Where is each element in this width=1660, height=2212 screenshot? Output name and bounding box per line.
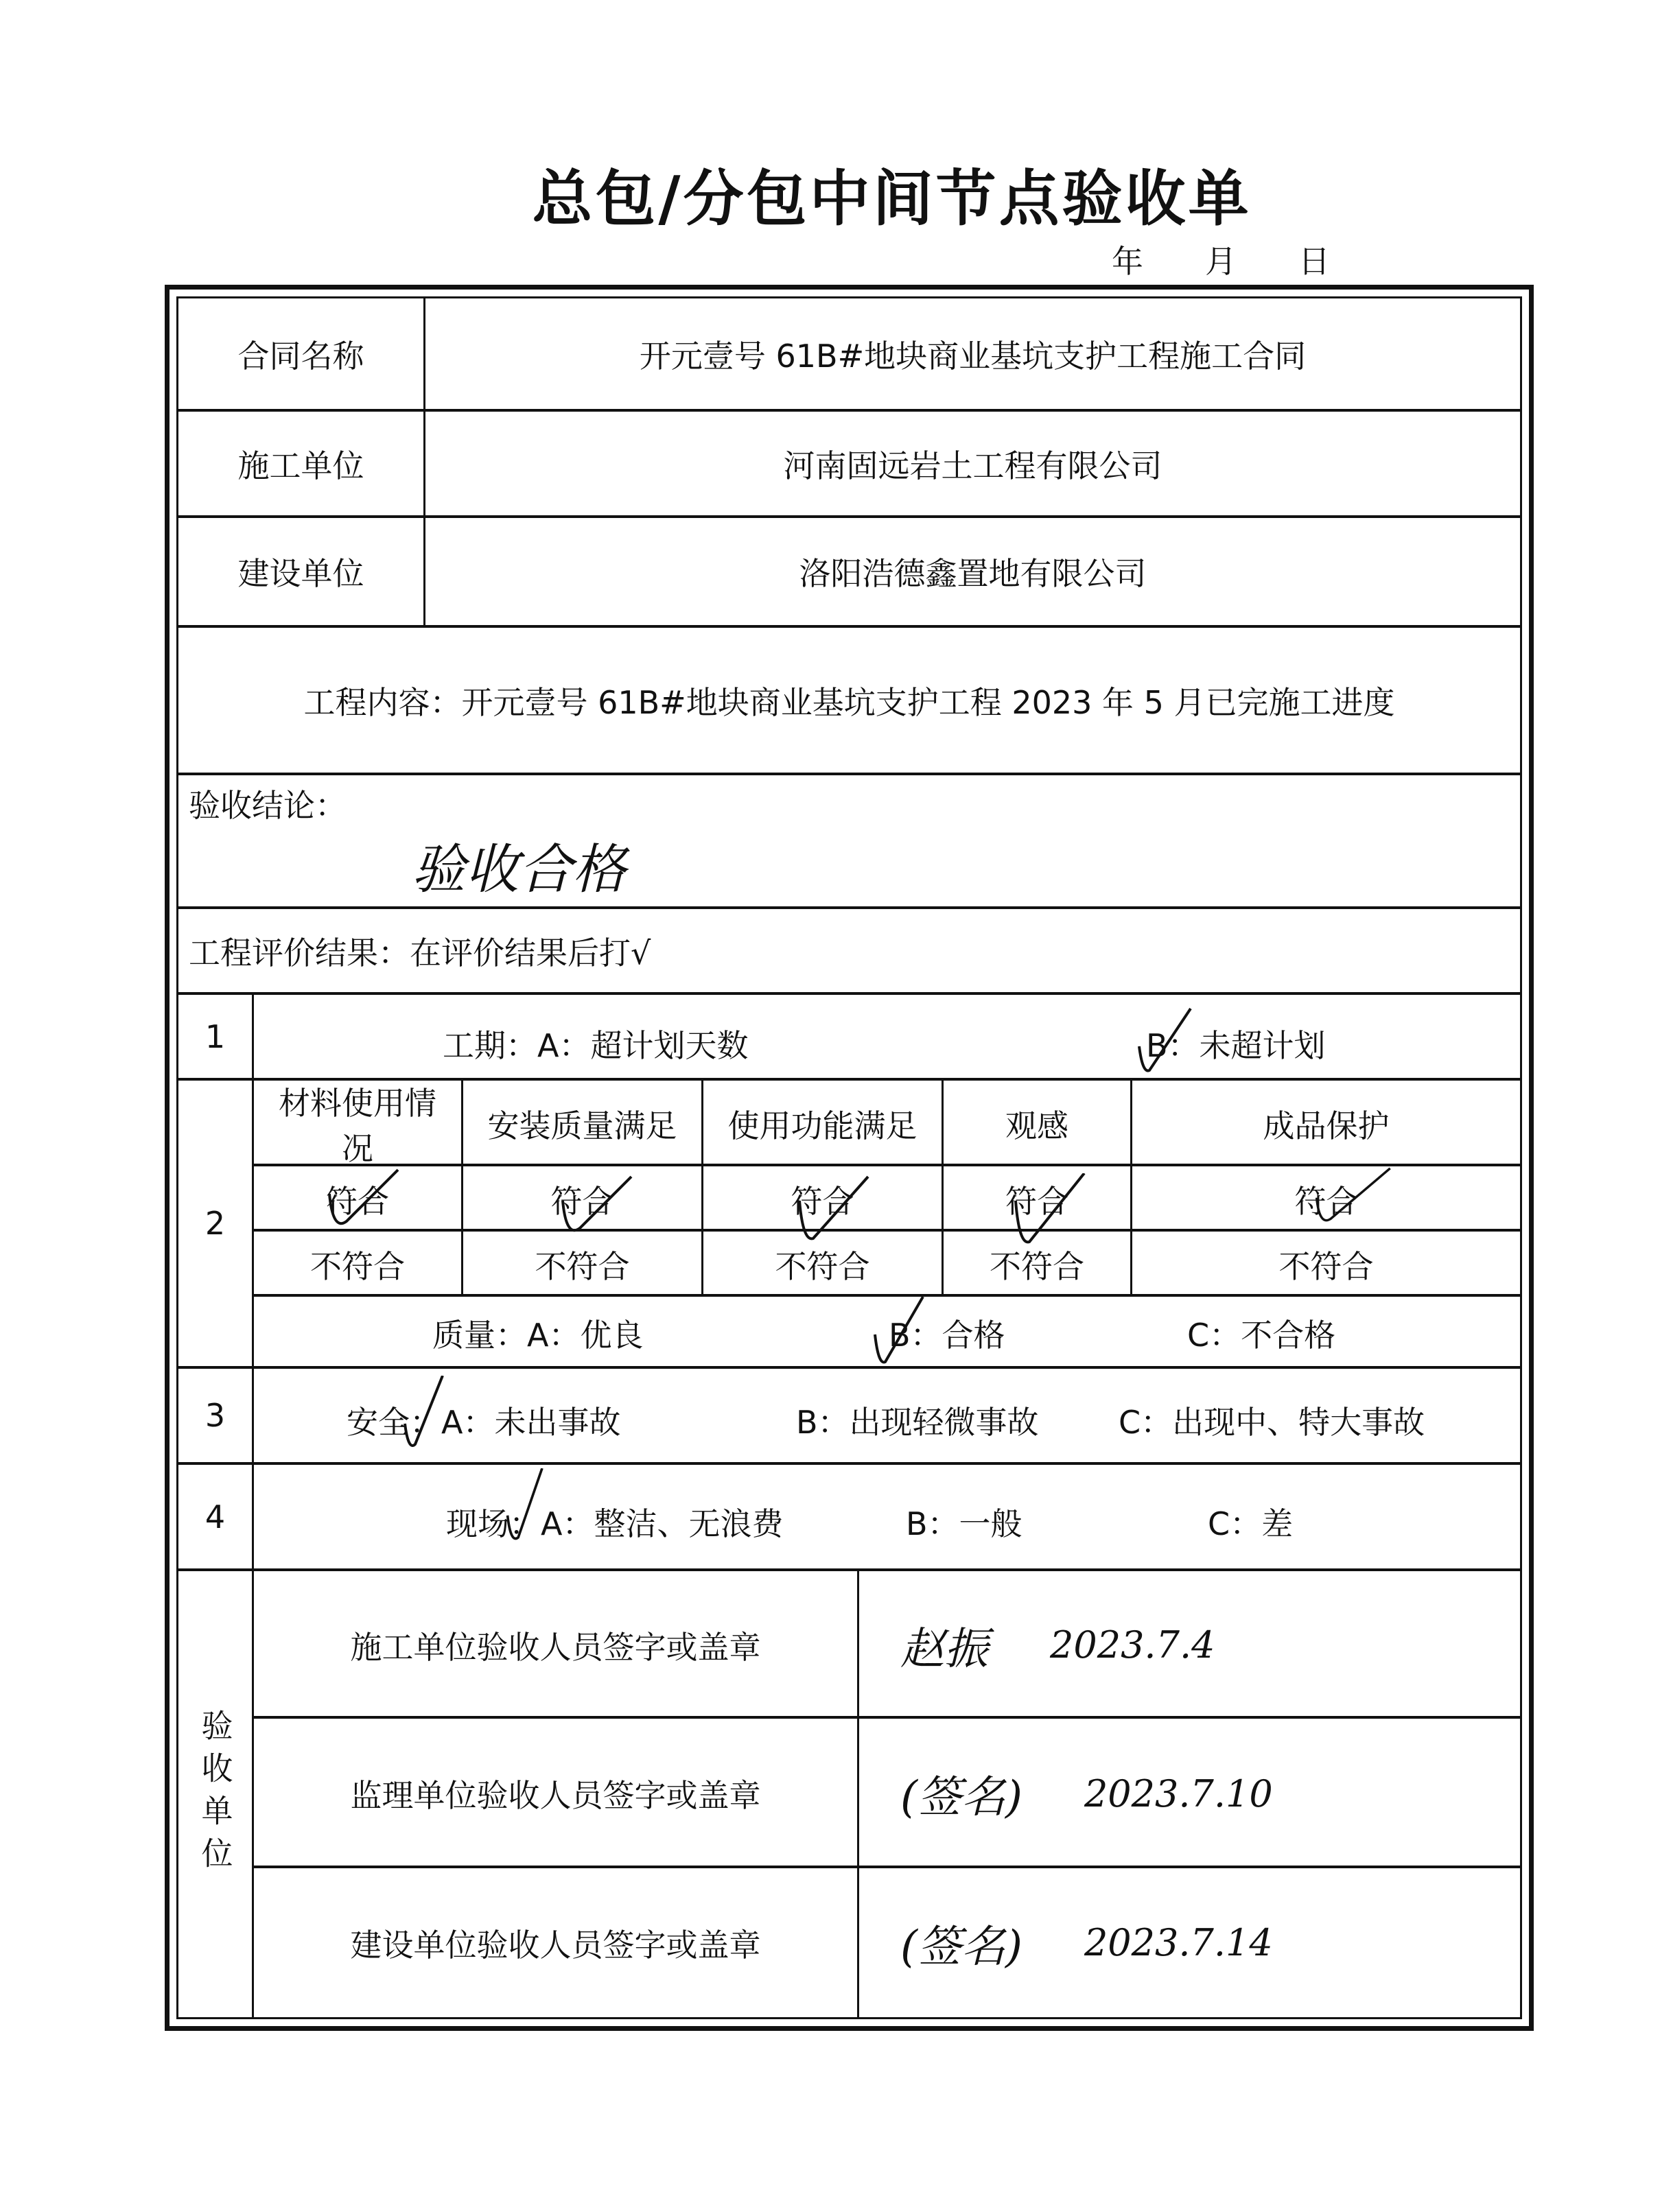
contractor-sign-date: 2023.7.4	[1050, 1623, 1215, 1667]
checkmark-icon	[401, 1376, 484, 1451]
owner-label: 建设单位	[178, 518, 425, 625]
criteria-appearance: 观感	[944, 1081, 1132, 1166]
signoff-group-text: 验收单位	[193, 1709, 238, 1879]
evaluation-header-row: 工程评价结果：在评价结果后打√	[178, 909, 1520, 995]
checkmark-icon	[501, 1468, 583, 1544]
item-number-1: 1	[178, 995, 254, 1078]
owner-signature: (签名)	[900, 1911, 1022, 1975]
evaluation-header: 工程评价结果：在评价结果后打√	[189, 909, 651, 992]
item-row-1: 1 工期：A：超计划天数 B：未超计划	[178, 995, 1520, 1081]
owner-sign-date: 2023.7.14	[1084, 1921, 1273, 1964]
conclusion-handwritten: 验收合格	[412, 827, 626, 904]
item-number-3: 3	[178, 1369, 254, 1462]
contractor-signature: 赵振	[900, 1614, 988, 1677]
contract-name-row: 合同名称 开元壹号 61B#地块商业基坑支护工程施工合同	[178, 298, 1520, 412]
form-frame: 合同名称 开元壹号 61B#地块商业基坑支护工程施工合同 施工单位 河南固远岩土…	[165, 285, 1534, 2031]
site-option-a: 现场：A：整洁、无浪费	[446, 1499, 783, 1544]
quality-option-c: C：不合格	[1187, 1310, 1335, 1356]
safety-option-c: C：出现中、特大事故	[1119, 1398, 1425, 1443]
contractor-sign-field[interactable]: 赵振 2023.7.4	[859, 1571, 1520, 1719]
checkmark-icon	[872, 1293, 954, 1369]
item-number-4: 4	[178, 1465, 254, 1568]
contractor-label: 施工单位	[178, 412, 425, 515]
protection-fail: 不符合	[1132, 1232, 1520, 1297]
criteria-function: 使用功能满足	[703, 1081, 944, 1166]
signoff-group-label: 验收单位	[178, 1571, 254, 2017]
day-label: 日	[1298, 237, 1330, 282]
quality-option-a: 质量：A：优良	[432, 1310, 643, 1356]
criteria-install-quality: 安装质量满足	[463, 1081, 703, 1166]
form-table: 合同名称 开元壹号 61B#地块商业基坑支护工程施工合同 施工单位 河南固远岩土…	[176, 296, 1522, 2019]
conclusion-label: 验收结论：	[189, 781, 347, 826]
checkmark-icon	[1311, 1163, 1393, 1238]
contractor-sign-label: 施工单位验收人员签字或盖章	[254, 1571, 859, 1719]
criteria-materials: 材料使用情况	[254, 1081, 463, 1166]
date-line: 年 月 日	[1112, 237, 1330, 282]
item-row-2: 2 材料使用情况 安装质量满足 使用功能满足 观感 成品保护 符合 符合 符合 …	[178, 1081, 1520, 1369]
supervisor-sign-date: 2023.7.10	[1084, 1772, 1273, 1815]
owner-sign-label: 建设单位验收人员签字或盖章	[254, 1868, 859, 2017]
checkmark-icon	[1136, 1005, 1218, 1081]
conclusion-row: 验收结论： 验收合格	[178, 775, 1520, 909]
safety-option-b: B：出现轻微事故	[796, 1398, 1039, 1443]
supervisor-sign-label: 监理单位验收人员签字或盖章	[254, 1719, 859, 1868]
contract-name-value: 开元壹号 61B#地块商业基坑支护工程施工合同	[425, 298, 1520, 409]
item-row-4: 4 现场：A：整洁、无浪费 B：一般 C：差	[178, 1465, 1520, 1571]
checkmark-icon	[793, 1173, 875, 1249]
signoff-section: 验收单位 施工单位验收人员签字或盖章 赵振 2023.7.4 监理单位验收人员签…	[178, 1571, 1520, 2017]
criteria-protection: 成品保护	[1132, 1081, 1520, 1166]
owner-sign-field[interactable]: (签名) 2023.7.14	[859, 1868, 1520, 2017]
year-label: 年	[1112, 237, 1143, 282]
owner-row: 建设单位 洛阳浩德鑫置地有限公司	[178, 518, 1520, 628]
contract-name-label: 合同名称	[178, 298, 425, 409]
checkmark-icon	[323, 1166, 405, 1242]
contractor-value: 河南固远岩土工程有限公司	[425, 412, 1520, 515]
site-option-c: C：差	[1208, 1499, 1293, 1544]
schedule-option-a: 工期：A：超计划天数	[443, 1021, 748, 1066]
supervisor-signature: (签名)	[900, 1762, 1022, 1825]
project-content: 工程内容：开元壹号 61B#地块商业基坑支护工程 2023 年 5 月已完施工进…	[178, 628, 1520, 773]
checkmark-icon	[1009, 1173, 1091, 1249]
item-row-3: 3 安全：A：未出事故 B：出现轻微事故 C：出现中、特大事故	[178, 1369, 1520, 1465]
criteria-grid: 材料使用情况 安装质量满足 使用功能满足 观感 成品保护 符合 符合 符合 符合…	[254, 1081, 1520, 1297]
checkmark-icon	[556, 1173, 638, 1249]
month-label: 月	[1205, 237, 1237, 282]
item-number-2: 2	[178, 1081, 254, 1366]
site-option-b: B：一般	[906, 1499, 1022, 1544]
owner-value: 洛阳浩德鑫置地有限公司	[425, 518, 1520, 625]
document-title: 总包/分包中间节点验收单	[0, 151, 1660, 237]
contractor-row: 施工单位 河南固远岩土工程有限公司	[178, 412, 1520, 518]
supervisor-sign-field[interactable]: (签名) 2023.7.10	[859, 1719, 1520, 1868]
project-content-row: 工程内容：开元壹号 61B#地块商业基坑支护工程 2023 年 5 月已完施工进…	[178, 628, 1520, 775]
